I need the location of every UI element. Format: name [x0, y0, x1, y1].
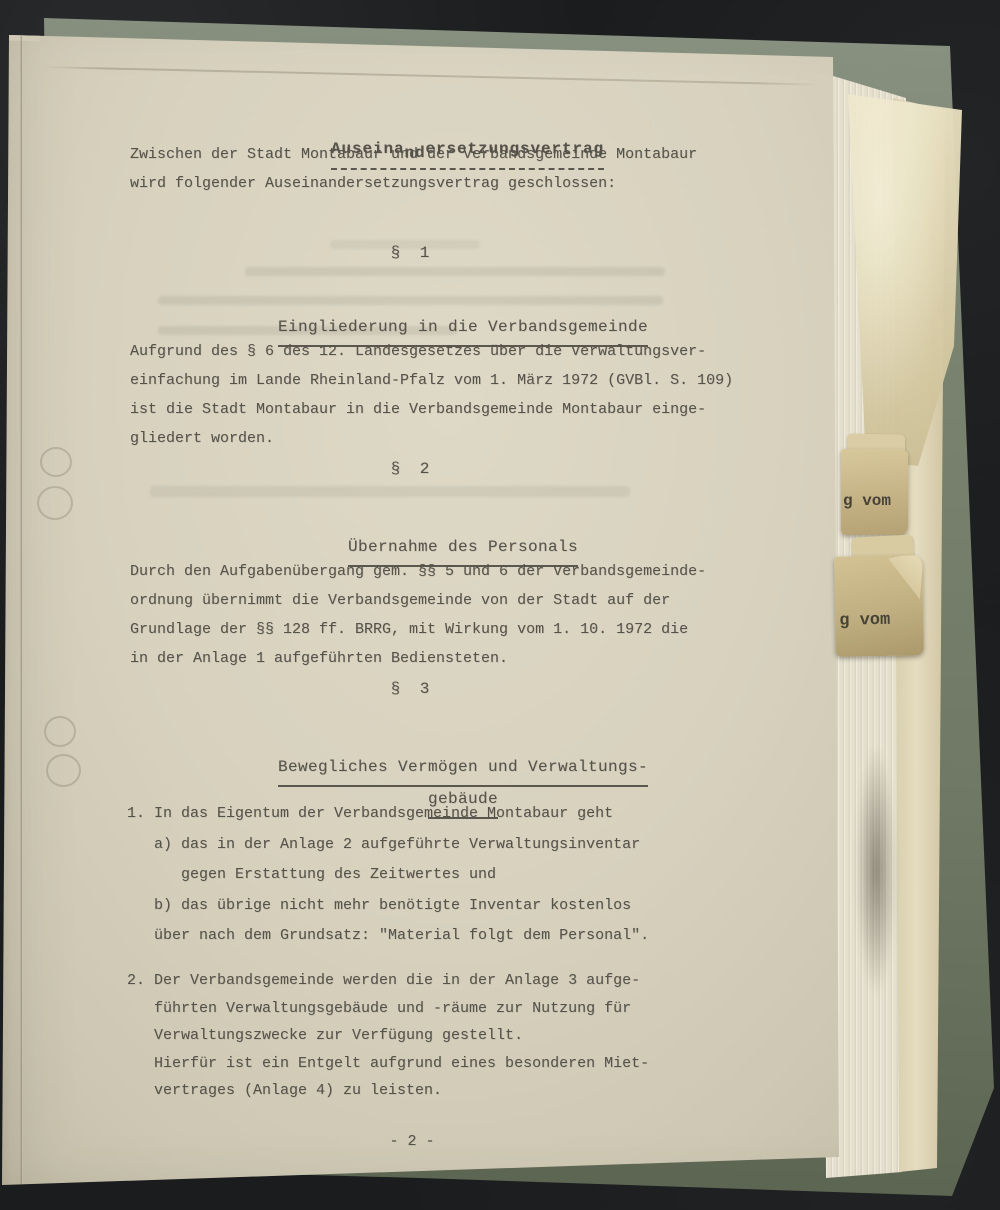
page-number: - 2 - — [106, 1127, 718, 1156]
sticky-tab-2: g vom 1972 . VI — [834, 555, 924, 657]
section-2-body: Durch den Aufgabenübergang gem. §§ 5 und… — [130, 557, 706, 673]
section-2-mark: § 2 — [104, 455, 716, 484]
hole-punch-mark — [40, 447, 72, 477]
intro-paragraph: Zwischen der Stadt Montabaur und der Ver… — [130, 140, 697, 198]
ink-bleed-through — [245, 267, 665, 276]
top-sheet-edge-line — [42, 66, 820, 86]
section-3-item-1: 1. In das Eigentum der Verbandsgemeinde … — [127, 799, 649, 952]
section-1-mark: § 1 — [104, 239, 716, 268]
binding-crease — [20, 36, 23, 1184]
sticky-tab-1: g vom 1972 . VI — [841, 449, 908, 535]
tab-2-line-1: g vom — [839, 609, 923, 631]
scanned-document-photo: Auseinandersetzungsvertrag Zwischen der … — [0, 0, 1000, 1210]
section-3-mark: § 3 — [104, 675, 716, 704]
sheet-curl-shadow — [855, 740, 897, 1000]
hole-punch-mark — [46, 754, 81, 787]
hole-punch-mark — [44, 716, 76, 747]
tab-1-line-1: g vom — [843, 492, 908, 511]
hole-punch-mark — [37, 486, 73, 520]
ink-bleed-through — [150, 486, 630, 497]
paper-notch — [8, 24, 41, 41]
section-1-body: Aufgrund des § 6 des 12. Landesgesetzes … — [130, 337, 733, 453]
section-3-item-2: 2. Der Verbandsgemeinde werden die in de… — [127, 967, 649, 1105]
